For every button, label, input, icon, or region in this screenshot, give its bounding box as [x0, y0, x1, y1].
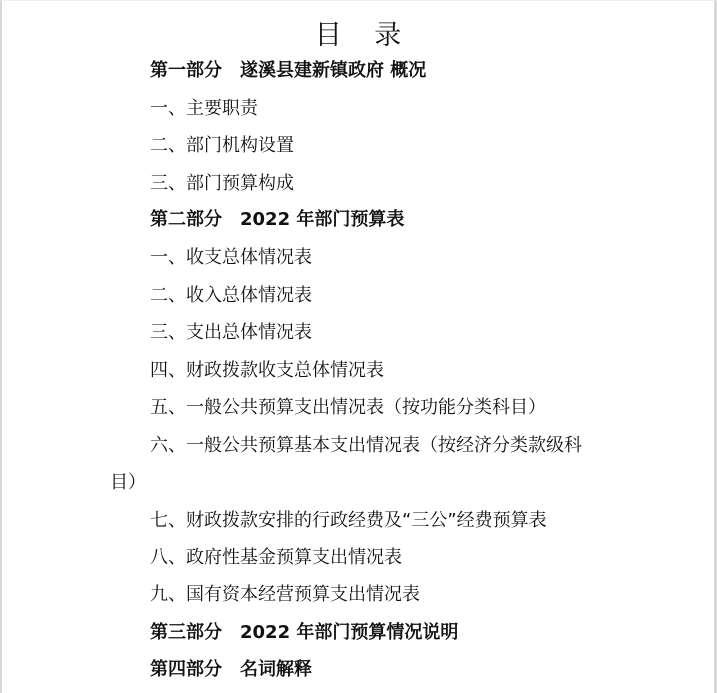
- part-title: 遂溪县建新镇政府 概况: [240, 60, 426, 81]
- toc-item[interactable]: 七、财政拨款安排的行政经费及“三公”经费预算表: [150, 509, 547, 533]
- toc-part-4[interactable]: 第四部分名词解释: [150, 658, 312, 682]
- part-label: 第四部分: [150, 659, 222, 680]
- toc-part-2[interactable]: 第二部分2022 年部门预算表: [150, 208, 404, 232]
- toc-item[interactable]: 八、政府性基金预算支出情况表: [150, 546, 402, 570]
- toc-item[interactable]: 五、一般公共预算支出情况表（按功能分类科目）: [150, 396, 546, 420]
- part-title: 2022 年部门预算表: [240, 209, 404, 230]
- toc-title: 目 录: [2, 13, 714, 52]
- part-label: 第三部分: [150, 622, 222, 643]
- part-title: 名词解释: [240, 659, 312, 680]
- document-page: 目 录 第一部分遂溪县建新镇政府 概况 一、主要职责 二、部门机构设置 三、部门…: [0, 0, 717, 693]
- toc-item[interactable]: 九、国有资本经营预算支出情况表: [150, 583, 420, 607]
- toc-part-1[interactable]: 第一部分遂溪县建新镇政府 概况: [150, 59, 426, 83]
- toc-item[interactable]: 六、一般公共预算基本支出情况表（按经济分类款级科: [150, 434, 582, 458]
- part-title: 2022 年部门预算情况说明: [240, 622, 458, 643]
- toc-item[interactable]: 三、部门预算构成: [150, 172, 294, 196]
- part-label: 第一部分: [150, 60, 222, 81]
- toc-item[interactable]: 四、财政拨款收支总体情况表: [150, 359, 384, 383]
- toc-part-3[interactable]: 第三部分2022 年部门预算情况说明: [150, 621, 458, 645]
- toc-item[interactable]: 三、支出总体情况表: [150, 321, 312, 345]
- toc-item[interactable]: 一、收支总体情况表: [150, 246, 312, 270]
- toc-item-continuation[interactable]: 目）: [110, 471, 146, 495]
- toc-item[interactable]: 二、收入总体情况表: [150, 284, 312, 308]
- toc-item[interactable]: 二、部门机构设置: [150, 134, 294, 158]
- part-label: 第二部分: [150, 209, 222, 230]
- toc-item[interactable]: 一、主要职责: [150, 97, 258, 121]
